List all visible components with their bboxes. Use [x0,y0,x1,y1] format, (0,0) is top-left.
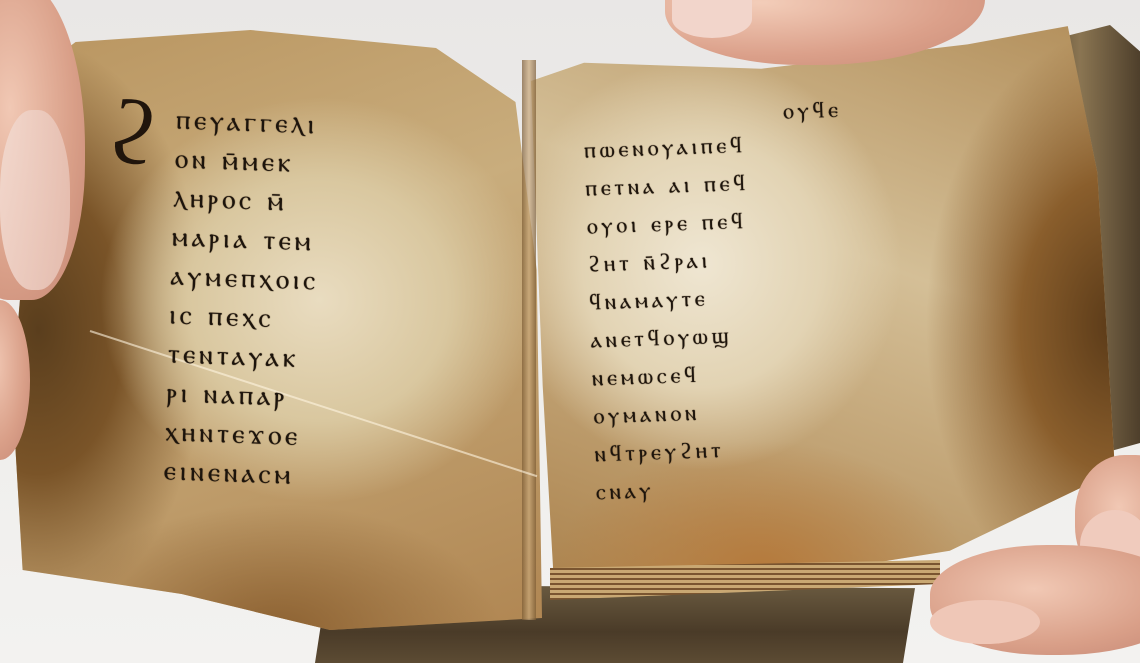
text-line: ⲭⲏⲛⲧⲉϫⲟⲉ [165,412,315,456]
text-line: ⲟⲛ ⲙ̄ⲙⲉⲕ [174,140,324,184]
codex-gutter [522,60,536,620]
text-line: ⲉⲓⲛⲉⲛⲁⲥⲙ [163,451,313,495]
text-line: ⲗⲏⲣⲟⲥ ⲙ̄ [173,178,323,222]
text-line: ⲙⲁⲣⲓⲁ ⲧⲉⲙ [171,217,321,261]
left-thumbnail [0,110,70,290]
top-right-fingernail [672,0,752,38]
right-page-text: ⲟⲩϥⲉ ⲡⲱⲉⲛⲟⲩⲁⲓⲡⲉϥ ⲡⲉⲧⲛⲁ ⲁⲓ ⲡⲉϥ ⲟⲩⲟⲓ ⲉⲣⲉ ⲡ… [583,124,855,513]
text-line: ⲁⲩⲙⲉⲡⲭⲟⲓⲥ [170,256,320,300]
right-fingernail [930,600,1040,644]
left-page-text: ⲡⲉⲩⲁⲅⲅⲉⲗⲓ ⲟⲛ ⲙ̄ⲙⲉⲕ ⲗⲏⲣⲟⲥ ⲙ̄ ⲙⲁⲣⲓⲁ ⲧⲉⲙ ⲁⲩ… [163,101,325,496]
text-line: ⲓⲥ ⲡⲉⲭⲥ [169,295,319,339]
text-line: ⲧⲉⲛⲧⲁⲩⲁⲕ [167,334,317,378]
text-line: ⲣⲓ ⲛⲁⲡⲁⲣ [166,373,316,417]
photo-scene: ϩ ⲡⲉⲩⲁⲅⲅⲉⲗⲓ ⲟⲛ ⲙ̄ⲙⲉⲕ ⲗⲏⲣⲟⲥ ⲙ̄ ⲙⲁⲣⲓⲁ ⲧⲉⲙ … [0,0,1140,663]
text-line: ⲡⲉⲩⲁⲅⲅⲉⲗⲓ [175,101,325,145]
text-line: ⲟⲩϥⲉ [782,92,842,132]
